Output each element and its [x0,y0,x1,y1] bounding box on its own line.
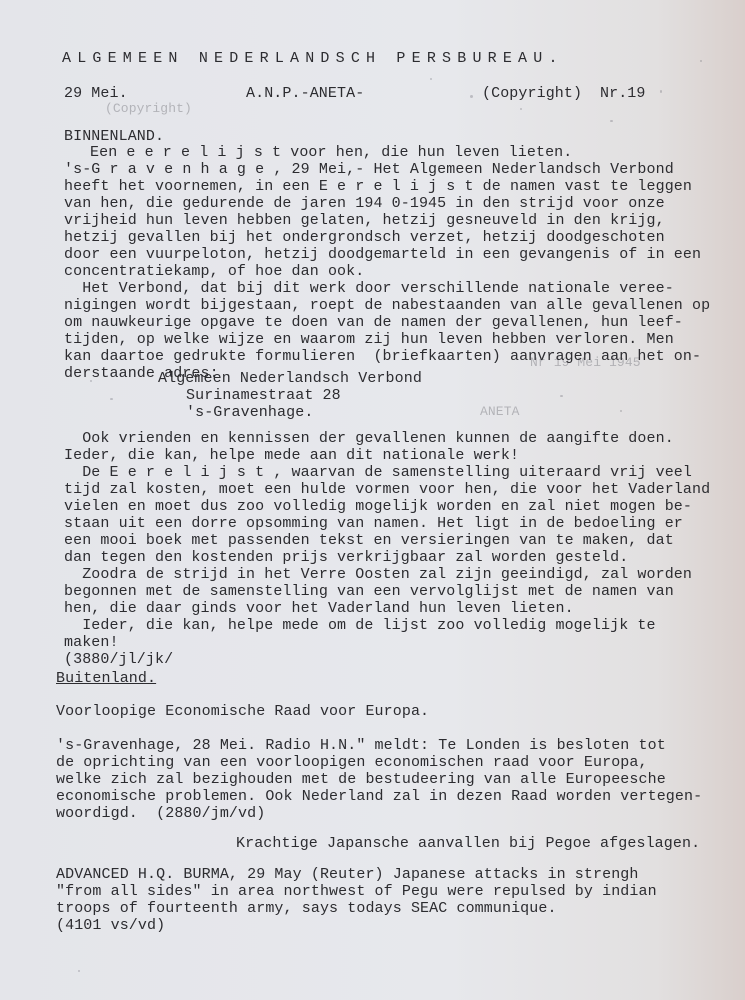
bulletin-number: Nr.19 [600,85,646,102]
body-line: begonnen met de samenstelling van een ve… [64,583,674,600]
body-line: door een vuurpeloton, hetzij doodgemarte… [64,246,701,263]
body-line: Ieder, die kan, helpe mede om de lijst z… [64,617,656,634]
section-title-binnenland: BINNENLAND. [64,128,164,145]
body-line: concentratiekamp, of hoe dan ook. [64,263,364,280]
bulletin-source: A.N.P.-ANETA- [246,85,364,102]
reference-code: (4101 vs/vd) [56,917,165,934]
body-line: dan tegen den kostenden prijs verkrijgba… [64,549,628,566]
address-line: 's-Gravenhage. [186,404,313,421]
address-line: Algemeen Nederlandsch Verbond [158,370,422,387]
body-line: kan daartoe gedrukte formulieren (briefk… [64,348,701,365]
article-headline: Krachtige Japansche aanvallen bij Pegoe … [236,835,700,852]
body-line: Het Verbond, dat bij dit werk door versc… [64,280,674,297]
typewritten-press-bulletin: (Copyright) Nr 19 Mei 1945 ANETA ALGEMEE… [0,0,745,1000]
body-line: tijden, op welke wijze en waarom zij hun… [64,331,674,348]
body-line: hen, die daar ginds voor het Vaderland h… [64,600,574,617]
body-line: ADVANCED H.Q. BURMA, 29 May (Reuter) Jap… [56,866,639,883]
body-line: heeft het voornemen, in een E e r e l i … [64,178,692,195]
body-line: vrijheid hun leven hebben gelaten, hetzi… [64,212,665,229]
body-line: 's-Gravenhage, 28 Mei. Radio H.N." meldt… [56,737,666,754]
reference-code: (3880/jl/jk/ [64,651,173,668]
body-line: Ieder, die kan, helpe mede aan dit natio… [64,447,519,464]
agency-title: ALGEMEEN NEDERLANDSCH PERSBUREAU. [62,50,564,67]
body-line: maken! [64,634,119,651]
body-line: tijd zal kosten, moet een hulde vormen v… [64,481,710,498]
address-line: Surinamestraat 28 [186,387,341,404]
body-line: nigingen wordt bijgestaan, roept de nabe… [64,297,710,314]
body-line: troops of fourteenth army, says todays S… [56,900,557,917]
article-headline: Een e e r e l i j s t voor hen, die hun … [90,144,572,161]
bulletin-date: 29 Mei. [64,85,128,102]
section-title-buitenland: Buitenland. [56,670,156,687]
body-line: welke zich zal bezighouden met de bestud… [56,771,666,788]
body-line: 's-G r a v e n h a g e , 29 Mei,- Het Al… [64,161,674,178]
bleedthrough-text: ANETA [480,403,520,420]
body-line: staan uit een dorre opsomming van namen.… [64,515,683,532]
article-headline: Voorloopige Economische Raad voor Europa… [56,703,429,720]
body-line: vielen en moet dus zoo volledig mogelijk… [64,498,692,515]
copyright-label: (Copyright) [482,85,582,102]
body-line: economische problemen. Ook Nederland zal… [56,788,702,805]
body-line: hetzij gevallen bij het ondergrondsch ve… [64,229,665,246]
body-line: De E e r e l i j s t , waarvan de samens… [64,464,692,481]
body-line: om nauwkeurige opgave te doen van de nam… [64,314,683,331]
body-line: een mooi boek met passenden tekst en ver… [64,532,674,549]
body-line: "from all sides" in area northwest of Pe… [56,883,657,900]
body-line: Zoodra de strijd in het Verre Oosten zal… [64,566,692,583]
body-line: de oprichting van een voorloopigen econo… [56,754,648,771]
body-line: Ook vrienden en kennissen der gevallenen… [64,430,674,447]
body-line: woordigd. (2880/jm/vd) [56,805,265,822]
body-line: van hen, die gedurende de jaren 194 0-19… [64,195,665,212]
bleedthrough-text: (Copyright) [105,100,192,117]
